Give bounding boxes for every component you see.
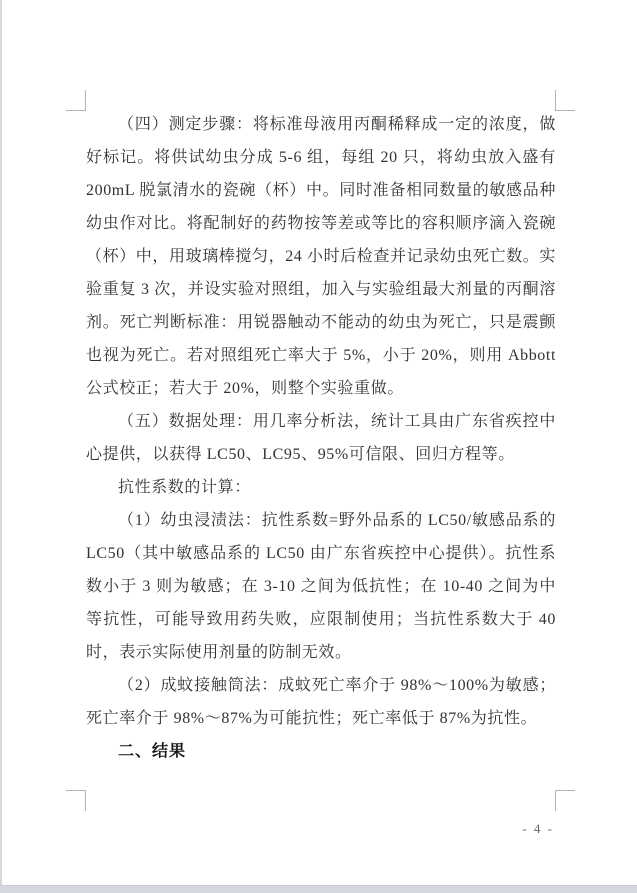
margin-crop-mark-top-right [555, 90, 575, 111]
document-viewer: （四）测定步骤：将标准母液用丙酮稀释成一定的浓度，做好标记。将供试幼虫分成 5-… [0, 0, 637, 893]
paragraph-data-processing: （五）数据处理：用几率分析法，统计工具由广东省疾控中心提供，以获得 LC50、L… [86, 405, 556, 471]
margin-crop-mark-bottom-right [555, 790, 575, 811]
section-heading-results: 二、结果 [86, 735, 556, 768]
page-left-edge [0, 0, 2, 893]
paragraph-adult-mosquito-contact-method: （2）成蚊接触筒法：成蚊死亡率介于 98%～100%为敏感；死亡率介于 98%～… [86, 669, 556, 735]
page-number: - 4 - [522, 821, 554, 836]
paragraph-resistance-coefficient-intro: 抗性系数的计算： [86, 471, 556, 504]
page-bottom-edge [0, 885, 637, 893]
document-body: （四）测定步骤：将标准母液用丙酮稀释成一定的浓度，做好标记。将供试幼虫分成 5-… [86, 108, 556, 768]
document-page: （四）测定步骤：将标准母液用丙酮稀释成一定的浓度，做好标记。将供试幼虫分成 5-… [0, 0, 637, 893]
margin-crop-mark-top-left [66, 90, 86, 111]
paragraph-larval-immersion-method: （1）幼虫浸渍法：抗性系数=野外品系的 LC50/敏感品系的 LC50（其中敏感… [86, 504, 556, 669]
margin-crop-mark-bottom-left [66, 790, 86, 811]
page-footer: - 4 - [86, 821, 554, 837]
paragraph-measurement-steps: （四）测定步骤：将标准母液用丙酮稀释成一定的浓度，做好标记。将供试幼虫分成 5-… [86, 108, 556, 405]
